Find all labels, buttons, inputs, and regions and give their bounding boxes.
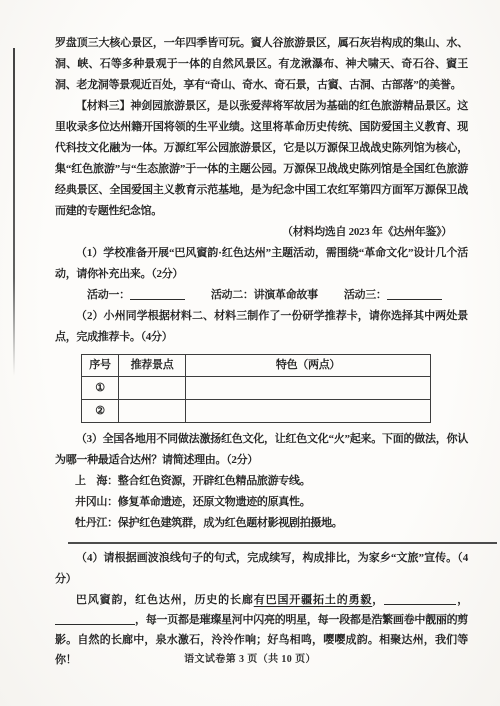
- activity-2-label: 活动二：讲演革命故事: [211, 285, 318, 306]
- question-1-activities-row: 活动一： 活动二：讲演革命故事 活动三：: [87, 285, 468, 306]
- exam-paper-page: 罗盘顶三大核心景区，一年四季皆可玩。賨人谷旅游景区，属石灰岩构成的集山、水、洞、…: [0, 0, 500, 706]
- table-row: ②: [82, 400, 431, 423]
- passage-lead: 巴风賨韵，红色达州，历史的长廊: [76, 594, 254, 606]
- question-4-text: （4）请根据画波浪线句子的句式，完成续写，构成排比，为家乡“文旅”宣传。（4分）: [55, 548, 468, 590]
- passage-blank-line-1: [384, 592, 456, 605]
- activity-1-blank-line: [130, 287, 185, 300]
- source-note: （材料均选自 2023 年《达州年鉴》）: [55, 222, 468, 243]
- question-3-text: （3）全国各地用不同做法激扬红色文化，让红色文化“火”起来。下面的做法，你认为哪…: [55, 429, 468, 471]
- comma: ，: [372, 594, 384, 606]
- spot-cell-empty: [119, 377, 186, 400]
- recommendation-card-table: 序号 推荐景点 特色（两点） ① ②: [81, 354, 431, 423]
- activity-1: 活动一：: [87, 285, 185, 306]
- page-footer: 语文试卷第 3 页（共 10 页）: [0, 649, 500, 670]
- feature-cell-empty: [186, 400, 431, 423]
- header-cell-number: 序号: [82, 355, 119, 377]
- feature-cell-empty: [186, 377, 431, 400]
- scan-artifact-vertical-line: [13, 48, 15, 376]
- question-2-text: （2）小州同学根据材料二、材料三制作了一份研学推荐卡，请你选择其中两处景点，完成…: [55, 306, 468, 348]
- activity-1-label: 活动一：: [87, 289, 130, 301]
- row-number-cell: ①: [82, 377, 119, 400]
- spot-cell-empty: [119, 400, 186, 423]
- question-1-text: （1）学校准备开展“巴风賨韵·红色达州”主题活动，需围绕“革命文化”设计几个活动…: [55, 243, 468, 285]
- comma: ，: [135, 614, 146, 626]
- table-row: ①: [82, 377, 431, 400]
- option-jinggangshan: 井冈山：修复革命遗迹，还原文物遗迹的原真性。: [75, 492, 468, 513]
- intro-paragraph: 罗盘顶三大核心景区，一年四季皆可玩。賨人谷旅游景区，属石灰岩构成的集山、水、洞、…: [55, 33, 468, 96]
- table-header-row: 序号 推荐景点 特色（两点）: [82, 355, 431, 377]
- activity-3-blank-line: [387, 287, 442, 300]
- scan-artifact-crease-line: [68, 542, 497, 544]
- passage-blank-line-2: [55, 612, 135, 625]
- comma: ，: [456, 594, 468, 606]
- header-cell-feature: 特色（两点）: [186, 355, 431, 377]
- option-shanghai: 上 海：整合红色资源，开辟红色精品旅游专线。: [75, 471, 468, 492]
- row-number-cell: ②: [82, 400, 119, 423]
- header-cell-spot: 推荐景点: [119, 355, 186, 377]
- activity-3-label: 活动三：: [344, 289, 387, 301]
- activity-3: 活动三：: [344, 285, 442, 306]
- option-mudanjiang: 牡丹江：保护红色建筑群，成为红色题材影视剧拍摄地。: [75, 513, 468, 534]
- question-3-options: 上 海：整合红色资源，开辟红色精品旅游专线。 井冈山：修复革命遗迹，还原文物遗迹…: [75, 471, 468, 534]
- material-3-paragraph: 【材料三】神剑园旅游景区，是以张爱萍将军故居为基础的红色旅游精品景区。这里收录多…: [55, 96, 468, 222]
- passage-underlined-phrase: 有巴国开疆拓土的勇毅: [254, 594, 373, 606]
